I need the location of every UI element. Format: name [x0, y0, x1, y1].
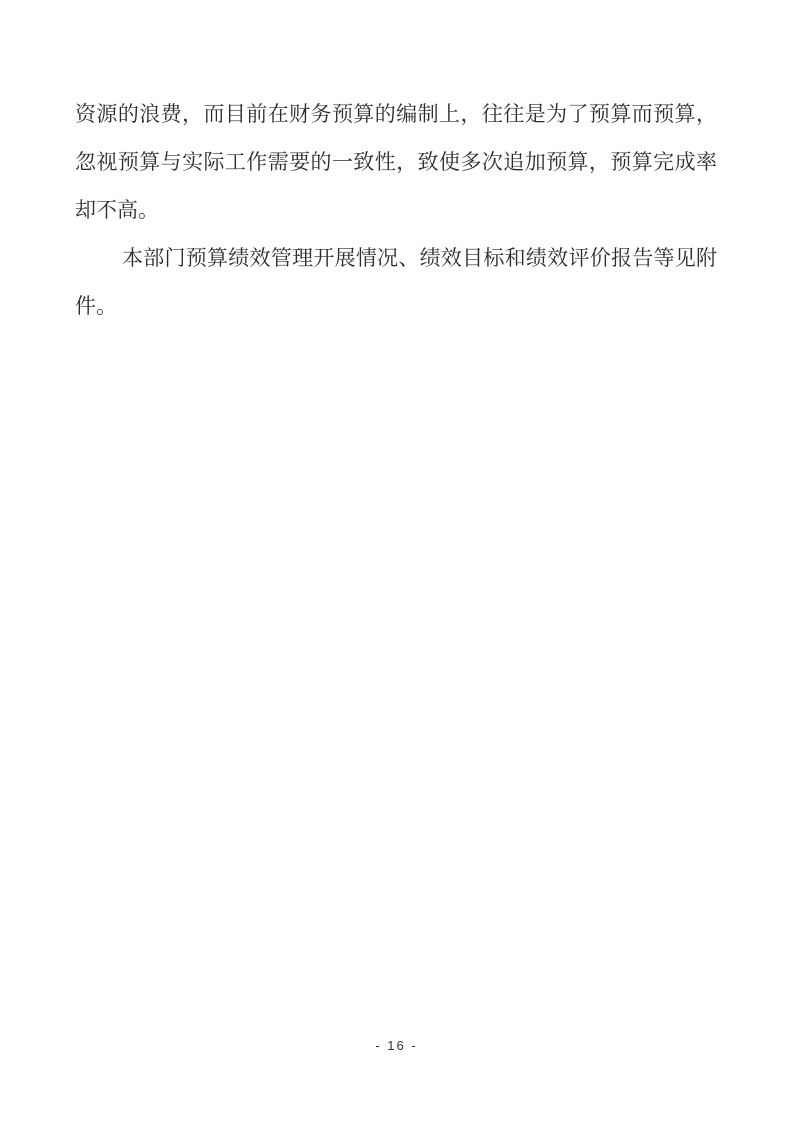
page-footer: - 16 -: [0, 1038, 793, 1054]
body-text-block: 资源的浪费，而目前在财务预算的编制上，往往是为了预算而预算， 忽视预算与实际工作…: [75, 90, 717, 330]
paragraph-2-line-1: 本部门预算绩效管理开展情况、绩效目标和绩效评价报告等见附: [75, 234, 717, 282]
paragraph-2-line-2: 件。: [75, 282, 717, 330]
document-page: 资源的浪费，而目前在财务预算的编制上，往往是为了预算而预算， 忽视预算与实际工作…: [0, 0, 793, 1122]
paragraph-1-line-2: 忽视预算与实际工作需要的一致性，致使多次追加预算，预算完成率: [75, 138, 717, 186]
paragraph-1-line-1: 资源的浪费，而目前在财务预算的编制上，往往是为了预算而预算，: [75, 90, 717, 138]
paragraph-1-line-3: 却不高。: [75, 186, 717, 234]
page-number: - 16 -: [375, 1038, 417, 1053]
